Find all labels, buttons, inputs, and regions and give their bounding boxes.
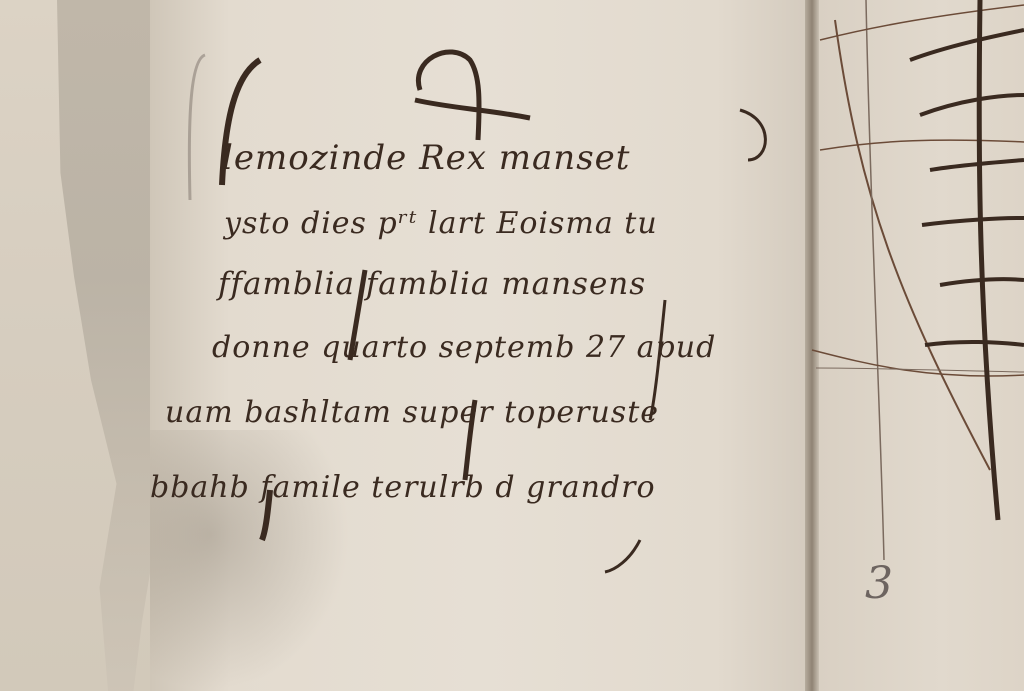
manuscript-line-5: uam bashltam super toperuste: [165, 395, 659, 430]
manuscript-line-3: ffamblia famblia mansens: [218, 266, 646, 302]
manuscript-photo: lemozinde Rex manset ysto dies pʳᵗ lart …: [0, 0, 1024, 691]
book-gutter: [805, 0, 819, 691]
manuscript-line-4: donne quarto septemb 27 apud: [212, 330, 716, 365]
facing-page: [819, 0, 1024, 691]
margin-page-number: 3: [865, 558, 893, 609]
manuscript-line-6: bbahb famile terulrb d grandro: [150, 470, 656, 505]
manuscript-line-1: lemozinde Rex manset: [222, 138, 630, 178]
manuscript-line-2: ysto dies pʳᵗ lart Eoisma tu: [224, 206, 658, 241]
